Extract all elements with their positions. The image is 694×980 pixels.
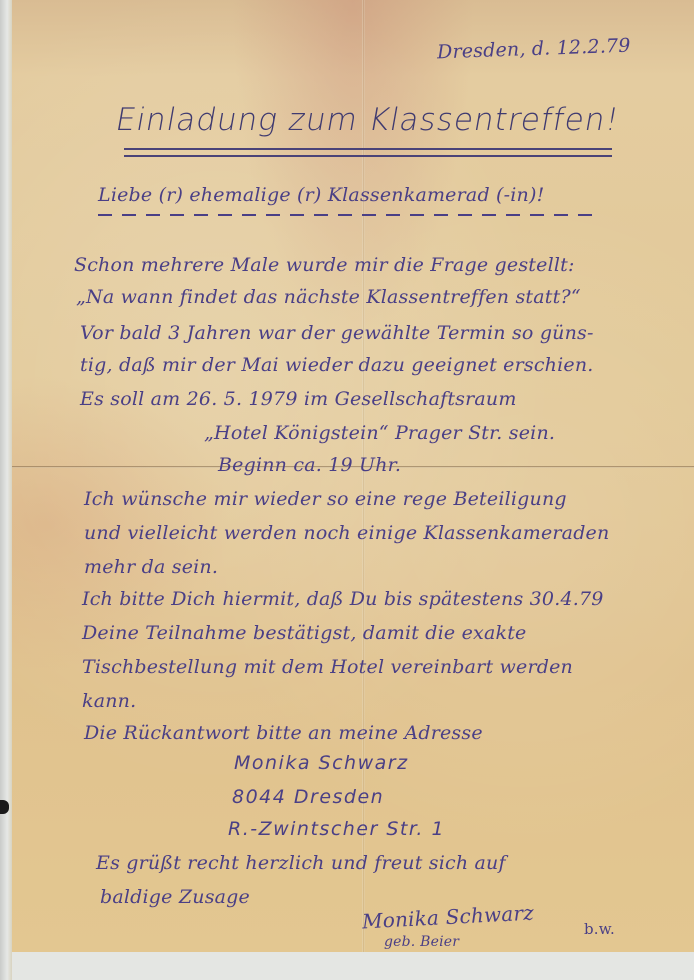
- letter-title: Einladung zum Klassentreffen!: [113, 102, 622, 138]
- body-line: Ich bitte Dich hiermit, daß Du bis späte…: [82, 588, 604, 610]
- body-line: Es soll am 26. 5. 1979 im Gesellschaftsr…: [80, 388, 517, 410]
- address-name: Monika Schwarz: [234, 752, 409, 774]
- body-line: Die Rückantwort bitte an meine Adresse: [84, 722, 483, 744]
- title-underline-second: [124, 155, 612, 157]
- body-line: Deine Teilnahme bestätigst, damit die ex…: [82, 622, 527, 644]
- address-city: 8044 Dresden: [232, 786, 384, 808]
- fold-crease-vertical: [362, 0, 365, 952]
- body-line: Ich wünsche mir wieder so eine rege Bete…: [84, 488, 567, 510]
- salutation: Liebe (r) ehemalige (r) Klassenkamerad (…: [98, 184, 544, 206]
- body-line: und vielleicht werden noch einige Klasse…: [84, 522, 609, 544]
- maiden-name: geb. Beier: [384, 934, 459, 950]
- body-line: Schon mehrere Male wurde mir die Frage g…: [74, 254, 575, 276]
- closing-line: baldige Zusage: [100, 886, 250, 908]
- title-underline: [124, 148, 612, 150]
- letter-paper: Dresden, d. 12.2.79 Einladung zum Klasse…: [12, 0, 694, 952]
- body-line: Tischbestellung mit dem Hotel vereinbart…: [82, 656, 573, 678]
- dashed-divider: [98, 214, 598, 216]
- body-line: tig, daß mir der Mai wieder dazu geeigne…: [80, 354, 594, 376]
- place-date: Dresden, d. 12.2.79: [437, 35, 631, 64]
- initials: b.w.: [584, 920, 615, 938]
- body-line: Vor bald 3 Jahren war der gewählte Termi…: [80, 322, 594, 344]
- body-line: mehr da sein.: [84, 556, 218, 578]
- scan-edge: [0, 0, 12, 980]
- body-line: kann.: [82, 690, 136, 712]
- closing-line: Es grüßt recht herzlich und freut sich a…: [96, 852, 506, 874]
- address-street: R.-Zwintscher Str. 1: [228, 818, 445, 840]
- body-line: „Na wann findet das nächste Klassentreff…: [76, 286, 581, 308]
- signature: Monika Schwarz: [361, 901, 534, 934]
- body-line: Beginn ca. 19 Uhr.: [218, 454, 401, 476]
- body-line: „Hotel Königstein“ Prager Str. sein.: [204, 422, 555, 444]
